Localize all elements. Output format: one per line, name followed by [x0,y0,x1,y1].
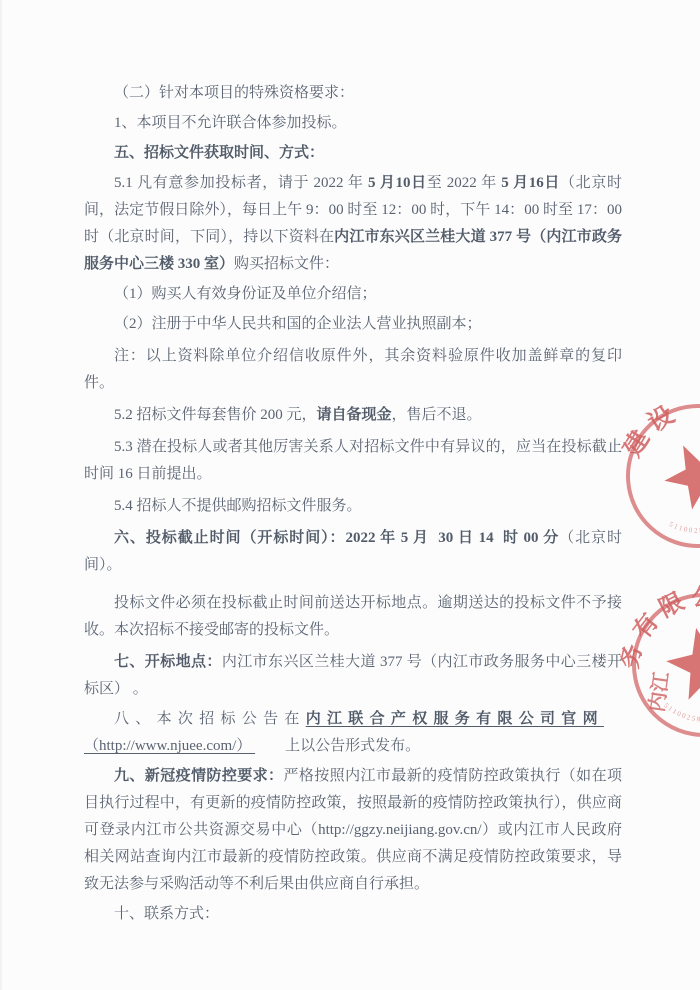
text-segment: 5 月16日 [501,175,560,191]
text-segment: 5.3 潜在投标人或者其他厉害关系人对招标文件中有异议的，应当在投标截止时间 1… [84,439,622,482]
text-segment: 请自备现金 [317,407,392,423]
paragraph: 5.1 凡有意参加投标者，请于 2022 年 5 月10日至 2022 年 5 … [84,170,622,278]
paragraph: 七、开标地点：内江市东兴区兰桂大道 377 号（内江市政务服务中心三楼开标区） … [84,649,622,703]
paragraph: 注：以上资料除单位介绍信收原件外，其余资料验原件收加盖鲜章的复印件。 [84,343,622,397]
text-segment: （1）购买人有效身份证及单位介绍信； [114,286,377,302]
text-segment: 七、开标地点： [114,654,222,670]
star-icon [654,431,700,515]
text-segment: 5 月10日 [368,175,427,191]
text-segment: 至 2022 年 [427,175,501,191]
text-segment: 八、本次招标公告在 [114,711,306,727]
paragraph: 5.3 潜在投标人或者其他厉害关系人对招标文件中有异议的，应当在投标截止时间 1… [84,434,622,488]
text-segment: 购买招标文件： [234,256,339,272]
seal-ring [621,582,700,748]
text-segment: （二）针对本项目的特殊资格要求： [114,85,354,101]
seal-code-text: 5 1 1 0 0 2 5 8 3 9 9 1 4 [661,690,700,732]
paragraph: 六、投标截止时间（开标时间）：2022 年 5 月 30 日 14 时 00 分… [84,525,622,579]
paragraph: 八、本次招标公告在内江联合产权服务有限公司官网 （http://www.njue… [84,706,622,760]
scanned-document-page: （二）针对本项目的特殊资格要求：1、本项目不允许联合体参加投标。五、招标文件获取… [0,0,700,990]
paragraph: 5.2 招标文件每套售价 200 元，请自备现金，售后不退。 [84,402,622,429]
text-segment: （2）注册于中华人民共和国的企业法人营业执照副本； [114,316,482,332]
star-icon [661,620,700,702]
seal-code-text: 5 1 1 0 0 2 5 8 3 9 9 1 4 [666,496,700,550]
paragraph: 5.4 招标人不提供邮购招标文件服务。 [84,493,622,520]
text-segment: 五、招标文件获取时间、方式： [114,145,324,161]
paragraph: 五、招标文件获取时间、方式： [84,140,622,167]
paragraph: 十、联系方式： [84,901,622,928]
paragraph: （二）针对本项目的特殊资格要求： [84,80,622,107]
paragraph: 九、新冠疫情防控要求：严格按照内江市最新的疫情防控政策执行（如在项目执行过程中，… [84,763,622,898]
text-segment: 严格按照内江市最新的疫情防控政策执行（如在项目执行过程中，有更新的疫情防控政策，… [84,768,622,892]
document-text-block: （二）针对本项目的特殊资格要求：1、本项目不允许联合体参加投标。五、招标文件获取… [84,80,622,931]
text-segment: 上以公告形式发布。 [255,738,420,754]
text-segment: ，售后不退。 [392,407,482,423]
text-segment: 5.2 招标文件每套售价 200 元， [114,407,317,423]
paragraph: 投标文件必须在投标截止时间前送达开标地点。逾期送达的投标文件不予接收。本次招标不… [84,590,622,644]
text-segment: 2022 年 5 月 30 日 14 时 00 分 [346,530,560,546]
paragraph: （1）购买人有效身份证及单位介绍信； [84,281,622,308]
seal-inner-text: 内江 [644,669,673,713]
text-segment: 5.1 凡有意参加投标者，请于 2022 年 [114,175,368,191]
text-segment: 5.4 招标人不提供邮购招标文件服务。 [114,498,362,514]
text-segment: 六、投标截止时间（开标时间）： [114,530,346,546]
underlined-text: （http://www.njuee.com/） [84,738,255,754]
red-seal-stamp-bottom: 务 有 限 公 内江 5 1 1 0 0 2 5 8 3 9 9 1 4 [609,570,700,760]
paragraph: 1、本项目不允许联合体参加投标。 [84,110,622,137]
text-segment: 注：以上资料除单位介绍信收原件外，其余资料验原件收加盖鲜章的复印件。 [84,348,622,391]
seal-arc-text: 务 有 限 公 [609,580,700,677]
text-segment: 十、联系方式： [114,906,219,922]
text-segment: 投标文件必须在投标截止时间前送达开标地点。逾期送达的投标文件不予接收。本次招标不… [84,595,622,638]
underlined-text: 内江联合产权服务有限公司官网 [306,711,604,727]
text-segment: 九、新冠疫情防控要求： [114,768,283,784]
paragraph: （2）注册于中华人民共和国的企业法人营业执照副本； [84,311,622,338]
text-segment: 1、本项目不允许联合体参加投标。 [114,115,347,131]
